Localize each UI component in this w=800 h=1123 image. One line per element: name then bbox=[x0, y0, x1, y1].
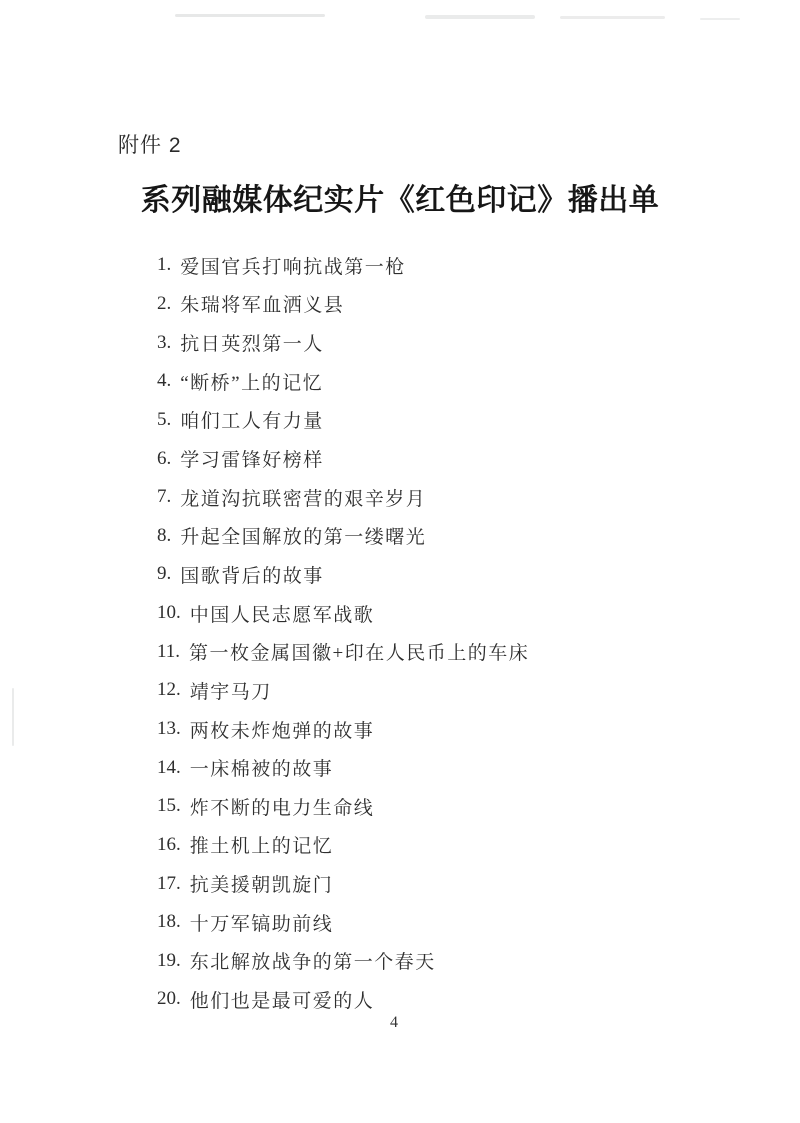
item-number: 11. bbox=[157, 641, 189, 663]
item-text: 龙道沟抗联密营的艰辛岁月 bbox=[180, 484, 426, 511]
list-item: 6. 学习雷锋好榜样 bbox=[157, 439, 529, 478]
item-text: 抗日英烈第一人 bbox=[180, 329, 324, 356]
list-item: 8. 升起全国解放的第一缕曙光 bbox=[157, 516, 529, 555]
list-item: 14. 一床棉被的故事 bbox=[157, 748, 529, 787]
item-text: 十万军镐助前线 bbox=[190, 909, 334, 936]
item-number: 5. bbox=[157, 409, 180, 431]
list-item: 12. 靖宇马刀 bbox=[157, 671, 529, 710]
item-number: 7. bbox=[157, 486, 180, 508]
item-text: 两枚未炸炮弹的故事 bbox=[190, 716, 375, 743]
list-item: 16. 推土机上的记忆 bbox=[157, 826, 529, 865]
episode-list: 1. 爱国官兵打响抗战第一枪 2. 朱瑞将军血洒义县 3. 抗日英烈第一人 4.… bbox=[157, 246, 529, 1019]
attachment-label: 附件 2 bbox=[118, 129, 182, 159]
item-number: 16. bbox=[157, 834, 190, 856]
item-text: 学习雷锋好榜样 bbox=[180, 445, 324, 472]
list-item: 10. 中国人民志愿军战歌 bbox=[157, 594, 529, 633]
item-number: 1. bbox=[157, 254, 180, 276]
item-number: 10. bbox=[157, 602, 190, 624]
scan-artifact bbox=[560, 16, 665, 19]
list-item: 4. “断桥”上的记忆 bbox=[157, 362, 529, 401]
item-number: 20. bbox=[157, 988, 190, 1010]
item-text: 炸不断的电力生命线 bbox=[190, 793, 375, 820]
item-number: 2. bbox=[157, 293, 180, 315]
item-text: “断桥”上的记忆 bbox=[180, 368, 323, 395]
list-item: 3. 抗日英烈第一人 bbox=[157, 323, 529, 362]
item-number: 12. bbox=[157, 679, 190, 701]
item-text: 升起全国解放的第一缕曙光 bbox=[180, 522, 426, 549]
item-number: 14. bbox=[157, 757, 190, 779]
scan-artifact bbox=[175, 14, 325, 17]
item-text: 咱们工人有力量 bbox=[180, 406, 324, 433]
scan-artifact bbox=[12, 688, 14, 746]
item-text: 朱瑞将军血洒义县 bbox=[180, 290, 344, 317]
document-page: 附件 2 系列融媒体纪实片《红色印记》播出单 1. 爱国官兵打响抗战第一枪 2.… bbox=[0, 0, 800, 1123]
item-number: 19. bbox=[157, 950, 190, 972]
item-number: 13. bbox=[157, 718, 190, 740]
item-number: 9. bbox=[157, 563, 180, 585]
list-item: 18. 十万军镐助前线 bbox=[157, 903, 529, 942]
item-text: 爱国官兵打响抗战第一枪 bbox=[180, 252, 406, 279]
item-text: 一床棉被的故事 bbox=[190, 754, 334, 781]
item-number: 6. bbox=[157, 448, 180, 470]
list-item: 17. 抗美援朝凯旋门 bbox=[157, 864, 529, 903]
page-title: 系列融媒体纪实片《红色印记》播出单 bbox=[0, 175, 800, 219]
list-item: 1. 爱国官兵打响抗战第一枪 bbox=[157, 246, 529, 285]
item-number: 17. bbox=[157, 873, 190, 895]
item-number: 8. bbox=[157, 525, 180, 547]
list-item: 13. 两枚未炸炮弹的故事 bbox=[157, 710, 529, 749]
item-text: 抗美援朝凯旋门 bbox=[190, 870, 334, 897]
item-text: 他们也是最可爱的人 bbox=[190, 986, 375, 1013]
page-number: 4 bbox=[0, 1014, 788, 1032]
scan-artifact bbox=[425, 15, 535, 19]
list-item: 11. 第一枚金属国徽+印在人民币上的车床 bbox=[157, 632, 529, 671]
list-item: 9. 国歌背后的故事 bbox=[157, 555, 529, 594]
item-text: 东北解放战争的第一个春天 bbox=[190, 947, 436, 974]
scan-artifact bbox=[700, 18, 740, 20]
item-text: 中国人民志愿军战歌 bbox=[190, 600, 375, 627]
list-item: 19. 东北解放战争的第一个春天 bbox=[157, 942, 529, 981]
item-text: 国歌背后的故事 bbox=[180, 561, 324, 588]
item-number: 3. bbox=[157, 332, 180, 354]
item-text: 第一枚金属国徽+印在人民币上的车床 bbox=[189, 638, 529, 665]
list-item: 5. 咱们工人有力量 bbox=[157, 401, 529, 440]
item-number: 18. bbox=[157, 911, 190, 933]
item-number: 15. bbox=[157, 795, 190, 817]
list-item: 2. 朱瑞将军血洒义县 bbox=[157, 285, 529, 324]
list-item: 15. 炸不断的电力生命线 bbox=[157, 787, 529, 826]
item-number: 4. bbox=[157, 370, 180, 392]
item-text: 推土机上的记忆 bbox=[190, 831, 334, 858]
item-text: 靖宇马刀 bbox=[190, 677, 272, 704]
list-item: 7. 龙道沟抗联密营的艰辛岁月 bbox=[157, 478, 529, 517]
